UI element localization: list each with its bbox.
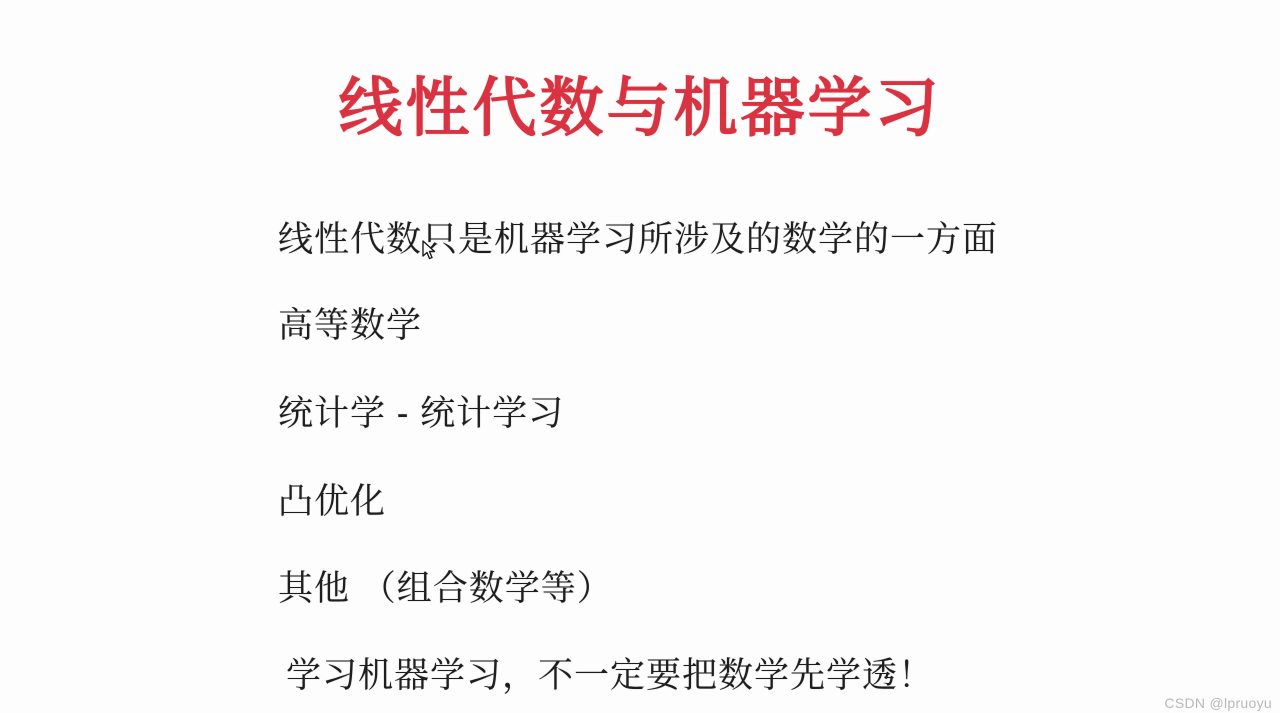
csdn-watermark: CSDN @lpruoyu <box>1164 694 1272 712</box>
slide-title: 线性代数与机器学习 <box>0 72 1280 144</box>
body-line-1: 线性代数只是机器学习所涉及的数学的一方面 <box>278 220 998 260</box>
body-line-6: 学习机器学习，不一定要把数学先学透！ <box>286 656 934 696</box>
body-line-2: 高等数学 <box>278 306 422 346</box>
body-line-5: 其他 （组合数学等） <box>278 569 613 609</box>
body-line-4: 凸优化 <box>278 482 386 522</box>
body-line-3: 统计学 - 统计学习 <box>278 394 564 434</box>
slide-canvas: 线性代数与机器学习 线性代数只是机器学习所涉及的数学的一方面 高等数学 统计学 … <box>0 0 1280 713</box>
